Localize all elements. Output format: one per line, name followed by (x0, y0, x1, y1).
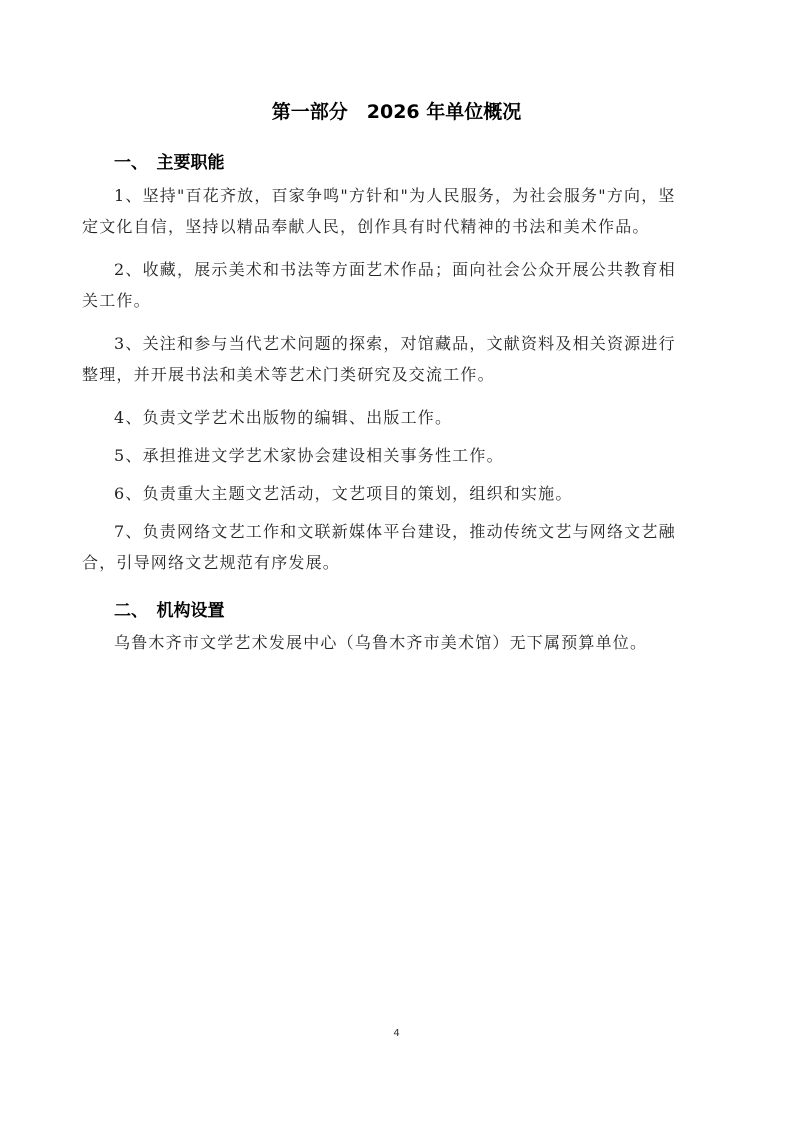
paragraph-item-4: 4、负责文学艺术出版物的编辑、出版工作。 (114, 402, 732, 433)
paragraph-line: 1、坚持"百花齐放，百家争鸣"方针和"为人民服务，为社会服务"方向，坚 (114, 180, 732, 211)
paragraph-line: 乌鲁木齐市文学艺术发展中心（乌鲁木齐市美术馆）无下属预算单位。 (114, 627, 732, 658)
paragraph-item-1: 1、坚持"百花齐放，百家争鸣"方针和"为人民服务，为社会服务"方向，坚 定文化自… (114, 180, 732, 242)
paragraph-organization: 乌鲁木齐市文学艺术发展中心（乌鲁木齐市美术馆）无下属预算单位。 (114, 627, 732, 658)
paragraph-line: 关工作。 (82, 285, 732, 316)
paragraph-item-5: 5、承担推进文学艺术家协会建设相关事务性工作。 (114, 440, 732, 471)
paragraph-line: 合，引导网络文艺规范有序发展。 (82, 547, 732, 578)
paragraph-item-7: 7、负责网络文艺工作和文联新媒体平台建设，推动传统文艺与网络文艺融 合，引导网络… (114, 516, 732, 578)
paragraph-item-6: 6、负责重大主题文艺活动，文艺项目的策划，组织和实施。 (114, 478, 732, 509)
paragraph-item-3: 3、关注和参与当代艺术问题的探索，对馆藏品，文献资料及相关资源进行 整理，并开展… (114, 328, 732, 390)
paragraph-line: 定文化自信，坚持以精品奉献人民，创作具有时代精神的书法和美术作品。 (82, 211, 732, 242)
section-heading-organization: 二、 机构设置 (114, 596, 225, 621)
paragraph-line: 4、负责文学艺术出版物的编辑、出版工作。 (114, 402, 732, 433)
paragraph-line: 6、负责重大主题文艺活动，文艺项目的策划，组织和实施。 (114, 478, 732, 509)
paragraph-line: 整理，并开展书法和美术等艺术门类研究及交流工作。 (82, 359, 732, 390)
paragraph-line: 7、负责网络文艺工作和文联新媒体平台建设，推动传统文艺与网络文艺融 (114, 516, 732, 547)
page-title: 第一部分 2026 年单位概况 (0, 97, 793, 124)
paragraph-line: 5、承担推进文学艺术家协会建设相关事务性工作。 (114, 440, 732, 471)
page-number: 4 (0, 1028, 793, 1039)
paragraph-item-2: 2、收藏，展示美术和书法等方面艺术作品；面向社会公众开展公共教育相 关工作。 (114, 254, 732, 316)
paragraph-line: 2、收藏，展示美术和书法等方面艺术作品；面向社会公众开展公共教育相 (114, 254, 732, 285)
paragraph-line: 3、关注和参与当代艺术问题的探索，对馆藏品，文献资料及相关资源进行 (114, 328, 732, 359)
section-heading-main-functions: 一、 主要职能 (114, 148, 225, 173)
